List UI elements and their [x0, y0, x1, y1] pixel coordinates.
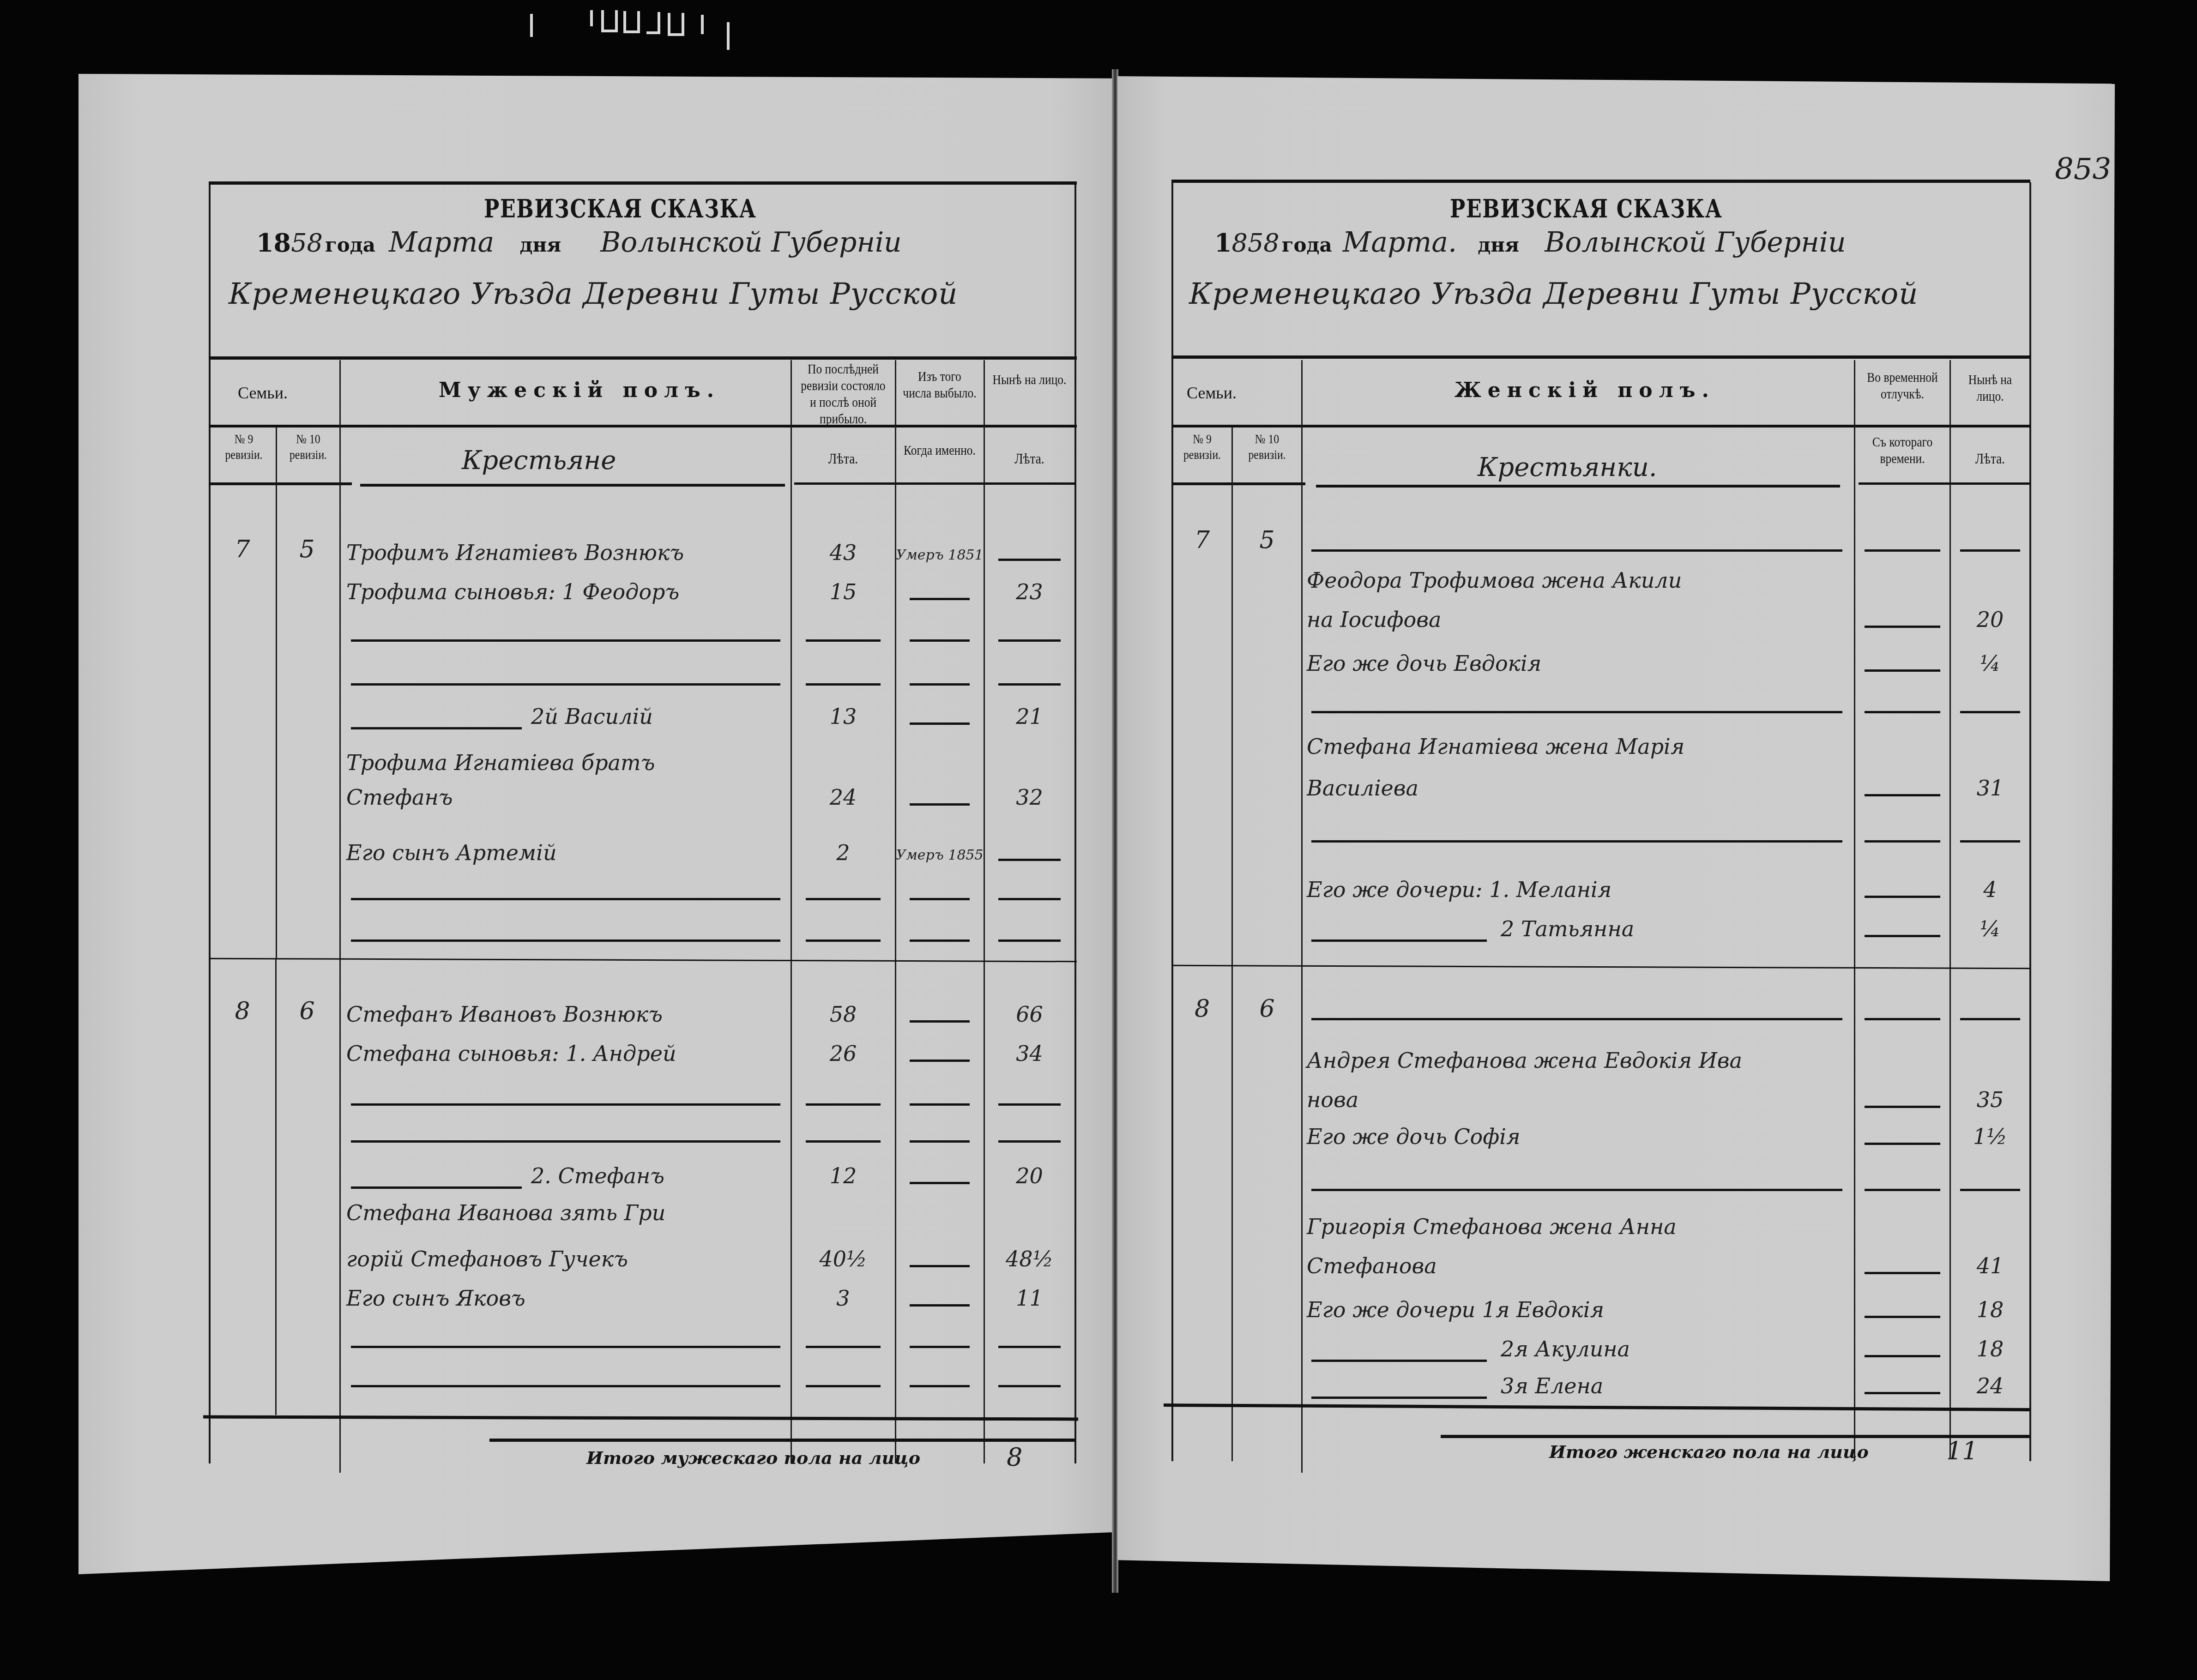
left-col-line	[339, 360, 341, 1473]
rev10-number: 5	[277, 536, 337, 563]
fill-line	[1311, 939, 1487, 942]
departed-header: Изъ того числа выбыло.	[902, 368, 977, 402]
fill-line	[1311, 549, 1842, 552]
category-label: Крестьянки.	[1478, 452, 1657, 482]
age-now-value: 34	[984, 1041, 1074, 1066]
book-spine	[1112, 69, 1118, 1593]
fill-line	[351, 939, 780, 942]
left-location-line: Кременецкаго Уѣзда Деревни Гуты Русской	[229, 277, 958, 311]
left-subheader-rule	[209, 425, 1077, 428]
empty-value-dash	[998, 1103, 1061, 1106]
temp-absence-header: Во временной отлучкѣ.	[1863, 369, 1942, 403]
empty-value-dash	[998, 1385, 1061, 1387]
rev10-number: 5	[1233, 526, 1301, 554]
age-now-value: 23	[984, 579, 1074, 604]
no10-header: № 10 ревизіи.	[1238, 432, 1296, 463]
right-col-line	[1950, 360, 1951, 1459]
years-now-header: Лѣта.	[991, 450, 1068, 467]
age-then-value: 58	[792, 1002, 894, 1027]
no9-header: № 9 ревизіи.	[217, 432, 272, 463]
empty-value-dash	[1960, 549, 2020, 552]
rev9-number: 7	[212, 536, 272, 563]
years-header: Лѣта.	[1957, 450, 2024, 467]
when-value: Умеръ 1851	[896, 547, 984, 563]
person-name: Трофима Игнатіева братъ	[346, 750, 655, 775]
year-printed: 1	[1214, 228, 1232, 258]
fill-line	[351, 1346, 780, 1348]
person-name: Василіева	[1307, 776, 1418, 801]
right-frame-left	[1171, 182, 1173, 1461]
empty-value-dash	[1865, 896, 1940, 898]
age-then-value: 15	[792, 579, 894, 604]
empty-value-dash	[998, 859, 1061, 861]
left-total-value: 8	[1007, 1443, 1022, 1472]
year-suffix: года	[325, 234, 375, 256]
left-frame-left	[209, 185, 211, 1463]
right-location-line: Кременецкаго Уѣзда Деревни Гуты Русской	[1189, 277, 1919, 311]
empty-value-dash	[910, 598, 970, 600]
rev10-number: 6	[277, 997, 337, 1025]
right-col-line	[1854, 360, 1855, 1459]
rev9-number: 8	[212, 997, 272, 1025]
person-name: Трофима сыновья: 1 Феодоръ	[346, 579, 679, 604]
fill-line	[1311, 711, 1842, 713]
empty-value-dash	[806, 1346, 881, 1348]
empty-value-dash	[998, 683, 1061, 686]
fill-line	[1311, 1018, 1842, 1020]
empty-value-dash	[1960, 1189, 2020, 1191]
person-name: 3я Елена	[1501, 1373, 1603, 1398]
age-value: 1½	[1951, 1124, 2029, 1149]
empty-value-dash	[910, 1060, 970, 1062]
fill-line	[351, 683, 780, 686]
empty-value-dash	[1865, 549, 1940, 552]
left-top-rule	[209, 181, 1077, 185]
empty-value-dash	[1865, 1355, 1940, 1357]
empty-value-dash	[1865, 1143, 1940, 1145]
when-value: Умеръ 1855	[896, 847, 984, 863]
fill-line	[1311, 1360, 1487, 1362]
fill-line	[351, 727, 522, 729]
empty-value-dash	[910, 1103, 970, 1106]
person-name: нова	[1307, 1087, 1358, 1112]
fill-line	[351, 898, 780, 900]
fill-line	[351, 1186, 522, 1189]
month: Марта	[389, 226, 494, 259]
empty-value-dash	[1865, 1189, 1940, 1191]
scan-mark-u	[601, 10, 618, 32]
person-name: Андрея Стефанова жена Евдокія Ива	[1307, 1048, 1742, 1073]
scan-mark	[727, 22, 730, 50]
right-date-line: 1858 года Марта. дня Волынской Губерніи	[1214, 226, 1846, 259]
left-title: РЕВИЗСКАЯ СКАЗКА	[484, 194, 756, 223]
person-name: 2я Акулина	[1501, 1337, 1630, 1361]
right-col-line	[1231, 427, 1233, 1461]
age-now-value: 11	[984, 1286, 1074, 1311]
fill-line	[1311, 1189, 1842, 1191]
age-now-value: 66	[984, 1002, 1074, 1027]
no10-header: № 10 ревизіи.	[282, 432, 335, 463]
empty-value-dash	[910, 723, 970, 725]
right-title: РЕВИЗСКАЯ СКАЗКА	[1450, 194, 1722, 223]
empty-value-dash	[998, 898, 1061, 900]
left-total-rule	[489, 1439, 1076, 1442]
left-col-line	[275, 958, 277, 1415]
right-total-label: Итого женскаго пола на лицо	[1549, 1441, 1869, 1462]
province: Волынской Губерніи	[600, 226, 902, 259]
empty-value-dash	[1865, 626, 1940, 628]
years-header: Лѣта.	[800, 450, 887, 467]
empty-value-dash	[998, 1346, 1061, 1348]
person-name: Трофимъ Игнатіевъ Вознюкъ	[346, 540, 684, 565]
empty-value-dash	[998, 639, 1061, 642]
person-name: горій Стефановъ Гучекъ	[346, 1246, 628, 1271]
empty-value-dash	[910, 1265, 970, 1267]
day-label: дня	[519, 234, 561, 256]
empty-value-dash	[1865, 1018, 1940, 1020]
year-written: 858	[1232, 229, 1280, 258]
month: Марта.	[1343, 226, 1457, 259]
now-present-header: Нынѣ на лицо.	[1957, 372, 2024, 405]
age-value: 4	[1951, 877, 2029, 902]
person-name: Его же дочери: 1. Меланія	[1307, 877, 1612, 902]
right-header-rule	[1171, 355, 2030, 359]
now-present-header: Нынѣ на лицо.	[991, 372, 1068, 388]
scan-mark	[701, 15, 704, 34]
empty-value-dash	[806, 898, 881, 900]
age-then-value: 26	[792, 1041, 894, 1066]
empty-value-dash	[910, 639, 970, 642]
person-name: Стефанъ	[346, 785, 453, 810]
when-header: Когда именно.	[902, 442, 977, 459]
empty-value-dash	[806, 1103, 881, 1106]
left-header-rule	[209, 356, 1077, 360]
empty-value-dash	[1865, 1106, 1940, 1108]
left-colhead-rule	[360, 484, 785, 487]
person-name: 2 Татьянна	[1501, 916, 1634, 941]
age-value: ¼	[1951, 916, 2029, 941]
scan-mark	[590, 10, 593, 26]
person-name: 2й Василій	[531, 704, 653, 729]
person-name: 2. Стефанъ	[531, 1163, 664, 1188]
age-now-value: 48½	[984, 1246, 1074, 1271]
age-then-value: 24	[792, 785, 894, 810]
empty-value-dash	[910, 1182, 970, 1184]
empty-value-dash	[1960, 711, 2020, 713]
year-suffix: года	[1282, 234, 1332, 256]
section-header: Женскій полъ.	[1455, 379, 1715, 402]
person-name: Стефана Иванова зять Гри	[346, 1200, 665, 1225]
age-value: 20	[1951, 607, 2029, 632]
empty-value-dash	[1865, 935, 1940, 937]
year-printed: 18	[256, 228, 291, 258]
right-frame-right	[2029, 182, 2031, 1461]
empty-value-dash	[1865, 1392, 1940, 1394]
fill-line	[1311, 840, 1842, 843]
person-name: на Іосифова	[1307, 607, 1442, 632]
empty-value-dash	[1865, 1316, 1940, 1318]
age-then-value: 40½	[792, 1246, 894, 1271]
empty-value-dash	[910, 1140, 970, 1143]
year-written: 58	[291, 229, 323, 258]
empty-value-dash	[806, 939, 881, 942]
person-name: Григорія Стефанова жена Анна	[1307, 1214, 1677, 1239]
scan-mark-u	[668, 13, 684, 36]
age-then-value: 3	[792, 1286, 894, 1311]
left-col-line	[276, 427, 277, 958]
age-then-value: 12	[792, 1163, 894, 1188]
age-value: 35	[1951, 1087, 2029, 1112]
right-total-rule	[1441, 1435, 2029, 1438]
families-header: Семьи.	[238, 383, 288, 403]
empty-value-dash	[1865, 840, 1940, 843]
empty-value-dash	[910, 1020, 970, 1023]
empty-value-dash	[1960, 840, 2020, 843]
scan-mark-u	[623, 11, 640, 33]
person-name: Стефана сыновья: 1. Андрей	[346, 1041, 676, 1066]
age-value: ¼	[1951, 651, 2029, 676]
person-name: Его же дочери 1я Евдокія	[1307, 1297, 1604, 1322]
person-name: Стефанъ Ивановъ Вознюкъ	[346, 1002, 663, 1027]
person-name: Его же дочь Евдокія	[1307, 651, 1541, 676]
scan-mark	[530, 14, 533, 37]
left-date-line: 1858 года Марта дня Волынской Губерніи	[256, 226, 902, 259]
empty-value-dash	[998, 1140, 1061, 1143]
right-colhead-rule	[1316, 485, 1840, 488]
section-header: Мужескій полъ.	[439, 379, 720, 402]
page-number: 853	[2055, 152, 2111, 187]
empty-value-dash	[998, 939, 1061, 942]
person-name: Его сынъ Яковъ	[346, 1286, 525, 1311]
fill-line	[351, 1385, 780, 1387]
age-value: 41	[1951, 1253, 2029, 1278]
since-when-header: Съ котораго времени.	[1862, 434, 1942, 467]
empty-value-dash	[806, 1385, 881, 1387]
empty-value-dash	[1865, 669, 1940, 672]
fill-line	[351, 1103, 780, 1106]
age-now-value: 21	[984, 704, 1074, 729]
right-col-line	[1301, 360, 1303, 1473]
left-colhead-rule	[794, 482, 1076, 485]
right-subheader-rule	[1171, 425, 2030, 428]
day-label: дня	[1478, 234, 1519, 256]
empty-value-dash	[806, 1140, 881, 1143]
empty-value-dash	[910, 898, 970, 900]
age-now-value: 32	[984, 785, 1074, 810]
no9-header: № 9 ревизіи.	[1177, 432, 1227, 463]
right-colhead-rule	[1171, 482, 1305, 485]
right-total-value: 11	[1946, 1437, 1978, 1466]
empty-value-dash	[910, 1385, 970, 1387]
rev9-number: 7	[1173, 526, 1231, 554]
age-value: 18	[1951, 1337, 2029, 1361]
person-name: Его же дочь Софія	[1307, 1124, 1520, 1149]
age-then-value: 13	[792, 704, 894, 729]
empty-value-dash	[910, 1346, 970, 1348]
empty-value-dash	[1865, 711, 1940, 713]
empty-value-dash	[910, 1304, 970, 1307]
age-then-value: 2	[792, 840, 894, 865]
person-name: Феодора Трофимова жена Акили	[1307, 568, 1682, 593]
right-colhead-rule	[1859, 482, 2029, 485]
last-revision-header: По послѣдней ревизіи состояло и послѣ он…	[800, 361, 887, 428]
empty-value-dash	[806, 683, 881, 686]
right-top-rule	[1171, 180, 2030, 183]
left-colhead-rule	[209, 482, 352, 485]
scan-mark-j	[646, 12, 660, 34]
empty-value-dash	[806, 639, 881, 642]
rev10-number: 6	[1233, 995, 1301, 1023]
age-value: 18	[1951, 1297, 2029, 1322]
age-value: 24	[1951, 1373, 2029, 1398]
empty-value-dash	[1865, 794, 1940, 796]
left-frame-right	[1074, 185, 1076, 1463]
person-name: Его сынъ Артемій	[346, 840, 557, 865]
province: Волынской Губерніи	[1545, 226, 1846, 259]
fill-line	[351, 639, 780, 642]
families-header: Семьи.	[1187, 383, 1237, 403]
empty-value-dash	[1960, 1018, 2020, 1020]
age-now-value: 20	[984, 1163, 1074, 1188]
category-label: Крестьяне	[462, 446, 616, 476]
fill-line	[1311, 1397, 1487, 1399]
rev9-number: 8	[1173, 995, 1231, 1023]
empty-value-dash	[910, 939, 970, 942]
left-col-line	[895, 360, 896, 1463]
left-total-label: Итого мужескаго пола на лицо	[586, 1447, 920, 1468]
age-value: 31	[1951, 776, 2029, 801]
person-name: Стефана Игнатіева жена Марія	[1307, 734, 1684, 759]
empty-value-dash	[998, 559, 1061, 561]
empty-value-dash	[1865, 1272, 1940, 1274]
age-then-value: 43	[792, 540, 894, 565]
person-name: Стефанова	[1307, 1253, 1437, 1278]
empty-value-dash	[910, 683, 970, 686]
fill-line	[351, 1140, 780, 1143]
empty-value-dash	[910, 803, 970, 806]
